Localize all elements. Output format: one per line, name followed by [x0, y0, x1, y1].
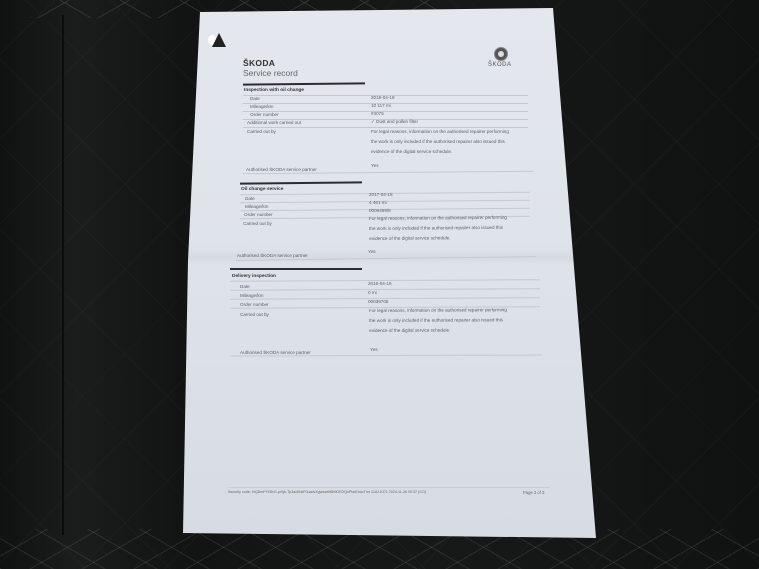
row-label-date: Date — [240, 284, 250, 289]
row-rule — [230, 354, 542, 356]
row-rule — [243, 111, 528, 112]
skoda-winged-arrow-icon — [494, 47, 508, 61]
row-value-carried-out-by: For legal reasons, information on the au… — [369, 213, 507, 244]
section-divider — [243, 82, 365, 85]
brand-name: ŠKODA — [243, 58, 275, 68]
row-value-order-number: 0006459/8 — [369, 208, 391, 213]
row-value-additional-work: ✓ Dust and pollen filter — [371, 119, 418, 125]
row-value-mileage: 10 117 mi — [371, 103, 391, 108]
row-label-authorised-partner: Authorised ŠKODA service partner — [246, 167, 317, 172]
row-value-authorised-partner: Yes — [371, 163, 379, 168]
security-code: Security code: 9rQDmPYf3fvG-pr0jb-Tp3acK… — [228, 490, 426, 494]
row-value-order-number: 00039705 — [368, 299, 388, 304]
service-record-document: ŠKODA Service record ŠKODA Inspection wi… — [0, 0, 759, 569]
section-divider — [230, 268, 362, 270]
row-label-carried-out-by: Carried out by — [243, 221, 272, 226]
footer-divider — [228, 487, 550, 488]
row-value-date: 2018-04-18 — [371, 95, 395, 100]
row-value-order-number: #4075 — [371, 111, 384, 116]
row-label-carried-out-by: Carried out by — [247, 129, 276, 134]
logo-text: ŠKODA — [488, 62, 512, 68]
row-label-date: Date — [250, 96, 260, 101]
page-number: Page 3 of 3 — [523, 490, 544, 495]
row-label-mileage: Mileage/km — [250, 104, 274, 109]
row-label-date: Date — [245, 196, 255, 201]
row-label-order-number: Order number — [250, 112, 279, 117]
row-label-mileage: Mileage/km — [245, 204, 269, 209]
row-value-date: 2017-04-18 — [369, 192, 393, 197]
row-value-mileage: 0 mi — [368, 290, 377, 295]
row-label-authorised-partner: Authorised ŠKODA service partner — [237, 253, 308, 258]
row-label-order-number: Order number — [244, 212, 273, 217]
row-rule — [230, 288, 540, 291]
row-label-additional-work: Additional work carried out — [247, 120, 301, 125]
row-value-authorised-partner: Yes — [370, 347, 378, 352]
section-title: Oil change service — [241, 187, 283, 192]
document-title: Service record — [243, 68, 298, 78]
row-label-mileage: Mileage/km — [240, 293, 264, 298]
row-value-authorised-partner: Yes — [368, 249, 376, 254]
section-divider — [240, 181, 362, 184]
section-title: Inspection with oil change — [244, 88, 304, 93]
row-label-order-number: Order number — [240, 302, 269, 307]
row-label-carried-out-by: Carried out by — [240, 312, 269, 317]
row-label-authorised-partner: Authorised ŠKODA service partner — [240, 350, 311, 355]
section-title: Delivery inspection — [232, 274, 276, 279]
row-value-carried-out-by: For legal reasons, information on the au… — [371, 127, 509, 157]
row-value-carried-out-by: For legal reasons, information on the au… — [369, 305, 507, 336]
row-value-mileage: 4 461 mi — [369, 200, 387, 205]
row-value-date: 2016-04-15 — [368, 281, 392, 286]
